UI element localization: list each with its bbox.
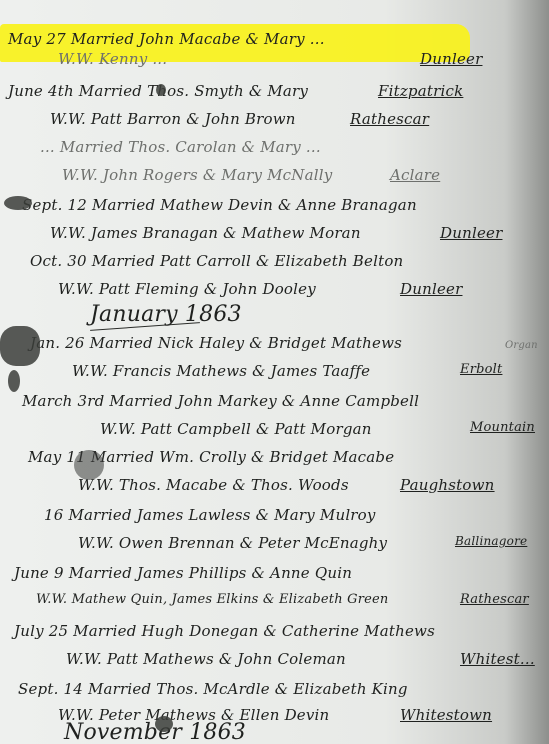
entry-line-16: W.W. Thos. Macabe & Thos. Woods [78, 476, 349, 494]
entry-line-21: July 25 Married Hugh Donegan & Catherine… [14, 622, 435, 640]
entry-line-9: W.W. Patt Fleming & John Dooley [58, 280, 316, 298]
entry-line-22: W.W. Patt Mathews & John Coleman [66, 650, 346, 668]
entry-text: Married James Phillips & Anne Quin [69, 564, 352, 582]
entry-place: Erbolt [460, 362, 502, 377]
entry-line-7: W.W. James Branagan & Mathew Moran [50, 224, 361, 242]
entry-place: Whitest... [460, 650, 535, 668]
entry-line-20: W.W. Mathew Quin, James Elkins & Elizabe… [36, 592, 388, 607]
entry-text: ... Married Thos. Carolan & Mary ... [40, 138, 321, 156]
entry-text: W.W. Patt Campbell & Patt Morgan [100, 420, 372, 438]
entry-line-13: March 3rd Married John Markey & Anne Cam… [22, 392, 419, 410]
entry-text: Married James Lawless & Mary Mulroy [68, 506, 375, 524]
entry-line-18: W.W. Owen Brennan & Peter McEnaghy [78, 534, 387, 552]
entry-text: Married Patt Carroll & Elizabeth Belton [92, 252, 404, 270]
entry-text: W.W. Patt Barron & John Brown [50, 110, 296, 128]
entry-line-19: June 9 Married James Phillips & Anne Qui… [14, 564, 352, 582]
entry-text: Married Thos. McArdle & Elizabeth King [88, 680, 408, 698]
ink-blot [8, 370, 20, 392]
entry-date: Sept. 14 [18, 680, 83, 698]
entry-text: Married Thos. Smyth & Mary [79, 82, 308, 100]
entry-date: 16 [44, 506, 64, 524]
register-page: May 27 Married John Macabe & Mary ... W.… [0, 0, 549, 744]
entry-text: Married Wm. Crolly & Bridget Macabe [91, 448, 395, 466]
entry-place: Dunleer [440, 224, 502, 242]
entry-text: Married John Markey & Anne Campbell [109, 392, 419, 410]
entry-text: W.W. James Branagan & Mathew Moran [50, 224, 361, 242]
entry-line-14: W.W. Patt Campbell & Patt Morgan [100, 420, 372, 438]
entry-text: W.W. Mathew Quin, James Elkins & Elizabe… [36, 592, 388, 607]
entry-text: W.W. John Rogers & Mary McNally [62, 166, 332, 184]
entry-line-0: May 27 Married John Macabe & Mary ... [8, 30, 325, 48]
ink-blot [74, 450, 104, 480]
ink-blot [156, 84, 166, 96]
entry-line-1: W.W. Kenny ... [58, 50, 167, 68]
entry-line-17: 16 Married James Lawless & Mary Mulroy [44, 506, 376, 524]
entry-place: Dunleer [420, 50, 482, 68]
entry-line-12: W.W. Francis Mathews & James Taaffe [72, 362, 370, 380]
entry-date: June 9 [14, 564, 64, 582]
entry-place: Fitzpatrick [378, 82, 463, 100]
entry-line-6: Sept. 12 Married Mathew Devin & Anne Bra… [22, 196, 417, 214]
entry-line-23: Sept. 14 Married Thos. McArdle & Elizabe… [18, 680, 408, 698]
entry-text: Married Mathew Devin & Anne Branagan [92, 196, 417, 214]
entry-text: W.W. Patt Mathews & John Coleman [66, 650, 346, 668]
entry-place: Rathescar [460, 592, 529, 607]
entry-line-3: W.W. Patt Barron & John Brown [50, 110, 296, 128]
entry-text: W.W. Patt Fleming & John Dooley [58, 280, 316, 298]
entry-place: Paughstown [400, 476, 495, 494]
entry-date: March 3rd [22, 392, 104, 410]
entry-text: Married John Macabe & Mary ... [71, 30, 325, 48]
entry-line-5: W.W. John Rogers & Mary McNally [62, 166, 332, 184]
entry-place: Whitestown [400, 706, 492, 724]
entry-date: Sept. 12 [22, 196, 87, 214]
entry-text: W.W. Francis Mathews & James Taaffe [72, 362, 370, 380]
entry-text: Married Nick Haley & Bridget Mathews [90, 334, 402, 352]
entry-line-8: Oct. 30 Married Patt Carroll & Elizabeth… [30, 252, 403, 270]
ink-blot [155, 716, 173, 732]
entry-place: Rathescar [350, 110, 429, 128]
entry-place: Aclare [390, 166, 440, 184]
entry-date: June 4th [8, 82, 74, 100]
entry-text: W.W. Kenny ... [58, 50, 167, 68]
entry-date: Oct. 30 [30, 252, 87, 270]
month-heading: January 1863 [90, 302, 242, 327]
entry-text: W.W. Owen Brennan & Peter McEnaghy [78, 534, 387, 552]
margin-note: Organ [505, 340, 538, 351]
entry-place: Mountain [470, 420, 535, 435]
entry-date: May 27 [8, 30, 66, 48]
entry-text: Married Hugh Donegan & Catherine Mathews [73, 622, 435, 640]
entry-date: July 25 [14, 622, 68, 640]
entry-line-11: Jan. 26 Married Nick Haley & Bridget Mat… [30, 334, 402, 352]
entry-place: Ballinagore [455, 534, 527, 548]
ink-blot [0, 326, 40, 366]
ink-blot [4, 196, 32, 210]
entry-place: Dunleer [400, 280, 462, 298]
entry-line-4: ... Married Thos. Carolan & Mary ... [40, 138, 321, 156]
entry-text: W.W. Thos. Macabe & Thos. Woods [78, 476, 349, 494]
